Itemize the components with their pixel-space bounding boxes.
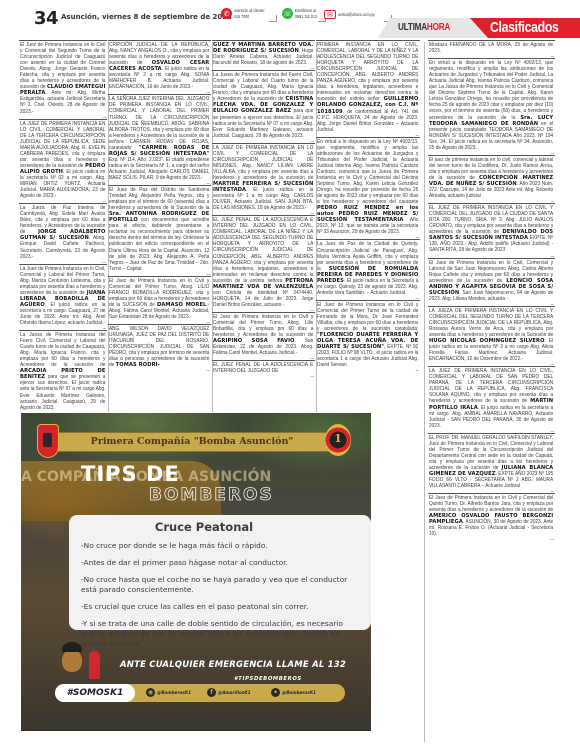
notice-ref-code: — (213, 374, 314, 378)
social-twitter: ✦ @BomberosK1 (271, 688, 316, 697)
page-number: 34 (34, 8, 58, 29)
legal-notice: La Jueza de Paz Interina de Carmbyretá, … (19, 203, 107, 263)
notice-text: Mostaza FERNANDO DE LA MORA, 25 de Agost… (429, 42, 553, 54)
classifieds-column-5: Mostaza FERNANDO DE LA MORA, 25 de Agost… (428, 40, 555, 742)
legal-notice: PRIMERA INSTANCIA EN LO CIVIL, COMERCIAL… (316, 40, 420, 137)
notice-text: El Juez de Paz del Distrito de Santísima… (109, 187, 209, 211)
ad-tip: -Es crucial que cruce las calles en el p… (81, 602, 351, 612)
notice-text: El Juez de Primera Instancia en lo Civil… (20, 42, 105, 90)
ad-hashtag: #TIPSDEBOMBEROS (234, 676, 302, 682)
contact-email[interactable]: ✉ avisos@uhora.com.py (324, 10, 384, 19)
social-facebook: f @AmarillosK1 (207, 688, 251, 697)
ad-tip: -Y si se trata de una calle de doble sen… (81, 619, 351, 649)
page-date: Asunción, viernes 8 de septiembre de 202… (61, 13, 232, 21)
column-divider (424, 42, 425, 742)
ad-tips-list: -No cruce por donde se le haga más fácil… (81, 541, 351, 656)
legal-notice: La Juez de Paz de la Ciudad de Quiindy, … (316, 239, 420, 299)
legal-notice: El Juez de Primera Instancia en lo Civil… (108, 276, 211, 324)
page-header: 34 Asunción, viernes 8 de septiembre de … (0, 0, 580, 40)
ad-company-name: Primera Compañía "Bomba Asunción" (49, 436, 335, 447)
contact-email-value[interactable]: avisos@uhora.com.py (338, 12, 374, 17)
legal-notice: EL PROF. DR. MANUEL GERALDO SAIFILDIN ST… (428, 433, 555, 493)
firefighter-tips-ad: A COMPAÑÍA BOMBA ASUNCIÓN Primera Compañ… (21, 413, 371, 731)
classifieds-column-2: CRIPCIÓN JUDICIAL DE LA REPÚBLICA, Abg. … (108, 40, 211, 412)
notice-ref-code: — (317, 368, 419, 372)
ad-title-line2: BOMBEROS (149, 485, 274, 505)
legal-notice: El Juez de Primera Instancia en lo Civil… (316, 300, 420, 373)
instagram-icon: ◉ (146, 688, 155, 697)
bulldog-mascot-icon (59, 641, 87, 681)
social-instagram: ◉ @BomberosK1 (146, 688, 191, 697)
phone-icon: ✆ (221, 8, 232, 19)
notice-ref-code: — (109, 368, 210, 372)
legal-notice: El Juez de Paz del Distrito de Santísima… (108, 185, 211, 276)
notice-text: En virtud a lo dispuesto en la Ley Nº 49… (317, 139, 418, 205)
notice-ref-code: — (20, 411, 106, 412)
legal-notice: En virtud a lo dispuesto en la Ley Nº 49… (428, 58, 555, 155)
contact-phone: ✆ Atención al cliente: 415 7000 (221, 8, 273, 19)
legal-notice: EL JUEZ PENAL DE LA ADOLESCENCIA E INTER… (212, 215, 315, 312)
notice-text: El Juez de Primera Instancia en lo Civil… (213, 314, 313, 338)
notice-text: LA SEÑORA JUEZ INTERINA DEL JUZGADO DE P… (109, 96, 209, 150)
section-banner: ULTIMAHORA Clasificados (378, 18, 580, 38)
legal-notice: GUEZ Y MARTINA BARRETO VDA. DE RODRIGUEZ… (212, 40, 315, 70)
facebook-icon: f (207, 688, 216, 697)
whatsapp-icon: ☏ (282, 8, 293, 19)
ad-tip: -Antes de dar el primer paso hágase nota… (81, 558, 351, 568)
ad-emergency-line: ANTE CUALQUIER EMERGENCIA LLAME AL 132 (120, 660, 346, 670)
legal-notice: La Juez de Primera Instancia en lo Civil… (19, 264, 107, 330)
fire-company-shield-icon (37, 424, 59, 458)
ad-brand-tag: #SOMOSK1 (55, 684, 135, 702)
legal-notice: En virtud a lo dispuesto en la Ley Nº 49… (316, 137, 420, 240)
notice-text: En virtud a lo dispuesto en la Ley Nº 49… (429, 60, 553, 120)
legal-notice: LA JUEZ DE PRIMERA INSTANCIA EN LO CIVIL… (19, 119, 107, 204)
legal-notice: El Juez de Primera Instancia en lo Civil… (428, 493, 555, 541)
contact-whatsapp-label: Escribinos al (295, 8, 316, 13)
legal-notice: EL JUEZ DE PRIMERA INSTANCIA EN LO CIVIL… (428, 203, 555, 257)
notice-text: El Juez de Primera Instancia en lo Civil… (429, 495, 553, 513)
notice-ref-code: — (429, 537, 554, 541)
notice-text: EL JUEZ PENAL DE LA ADOLESCENCIA E INTER… (213, 217, 313, 283)
legal-notice: Mostaza FERNANDO DE LA MORA, 25 de Agost… (428, 40, 555, 58)
legal-notice: La Jueza de Primera Instancia del Fuero … (212, 70, 315, 143)
ad-tip: -No cruce por donde se le haga más fácil… (81, 541, 351, 551)
notice-text: LA JUEZ DE PRIMERA INSTANCIA EN LO CIVIL… (20, 121, 105, 169)
legal-notice: CRIPCIÓN JUDICIAL DE LA REPÚBLICA, Abg. … (108, 40, 211, 94)
notice-text: con Cédula de Identidad Nº 2474440. HORQ… (213, 290, 313, 308)
legal-notice: EL JUEZ PENAL DE LA ADOLESCENCIA E INTER… (212, 360, 315, 378)
twitter-icon: ✦ (271, 688, 280, 697)
contact-whatsapp-value: 0981 111 013 (295, 14, 317, 19)
newspaper-logo: ULTIMAHORA (398, 22, 450, 33)
notice-text: con documentos que acredite para el efec… (109, 217, 209, 271)
ad-tip: -No cruce hasta que el coche no se haya … (81, 575, 351, 595)
legal-notice: El Juez de Primera Instancia en lo Civil… (19, 40, 107, 119)
notice-text: LA JUEZA DE PRIMERA INSTANCIA EN LO CIVI… (429, 308, 553, 338)
classifieds-column-4: PRIMERA INSTANCIA EN LO CIVIL, COMERCIAL… (316, 40, 420, 412)
contact-whatsapp: ☏ Escribinos al 0981 111 013 (282, 8, 322, 19)
legal-notice: ABG. WILSON DAVID VELAZQUEZ URUNAGA, JUE… (108, 324, 211, 372)
notice-text: para que se presenten a ejercer sus dere… (20, 374, 105, 410)
legal-notice: El juez de primera instancia en lo civil… (428, 155, 555, 203)
classifieds-column-3: GUEZ Y MARTINA BARRETO VDA. DE RODRIGUEZ… (212, 40, 315, 412)
legal-notice: LA JUEZ DE PRIMERA INSTANCIA EN LO CIVIL… (428, 366, 555, 432)
legal-notice: LA JUEZA DE PRIMERA INSTANCIA EN LO CIVI… (428, 306, 555, 366)
legal-notice: El Juez de Primera Instancia en lo Civil… (212, 312, 315, 360)
notice-text: La Jueza de Primera Instancia del Fuero … (20, 332, 105, 368)
ad-tips-card: Cruce Peatonal -No cruce por donde se le… (69, 515, 371, 630)
notice-decedent-name: TOMAS RODRI- (116, 362, 160, 368)
notice-text: EL JUEZ PENAL DE LA ADOLESCENCIA E INTER… (213, 362, 313, 374)
ad-company-banner: Primera Compañía "Bomba Asunción" (49, 432, 335, 452)
section-title: Clasificados (490, 19, 559, 36)
company-badge-icon: 1 (325, 424, 351, 456)
legal-notice: LA SEÑORA JUEZ INTERINA DEL JUZGADO DE P… (108, 94, 211, 185)
notice-text: PRIMERA INSTANCIA EN LO CIVIL, COMERCIAL… (317, 42, 418, 102)
legal-notice: La Jueza de Primera Instancia del Fuero … (19, 330, 107, 412)
fire-hydrant-icon (89, 651, 100, 679)
contact-phone-label: Atención al cliente: (234, 8, 265, 13)
mail-icon: ✉ (324, 10, 336, 19)
contact-phone-value: 415 7000 (234, 14, 249, 19)
notice-text: LA JUEZ DE PRIMERA INSTANCIA EN LO CIVIL… (213, 145, 313, 181)
notice-text: Exp. Nº 114, Año: 2.023". El citado expe… (109, 157, 209, 181)
divider (269, 15, 277, 22)
legal-notice: LA JUEZ DE PRIMERA INSTANCIA EN LO CIVIL… (212, 143, 315, 216)
ad-card-title: Cruce Peatonal (69, 520, 339, 534)
classifieds-column-1: El Juez de Primera Instancia en lo Civil… (19, 40, 107, 412)
notice-text: El Juez de Primera Instancia en lo Civil… (317, 302, 418, 332)
ad-title-line1: TIPS DE (81, 462, 180, 486)
legal-notice: El Juez de Primera Instancia en lo Civil… (428, 258, 555, 306)
